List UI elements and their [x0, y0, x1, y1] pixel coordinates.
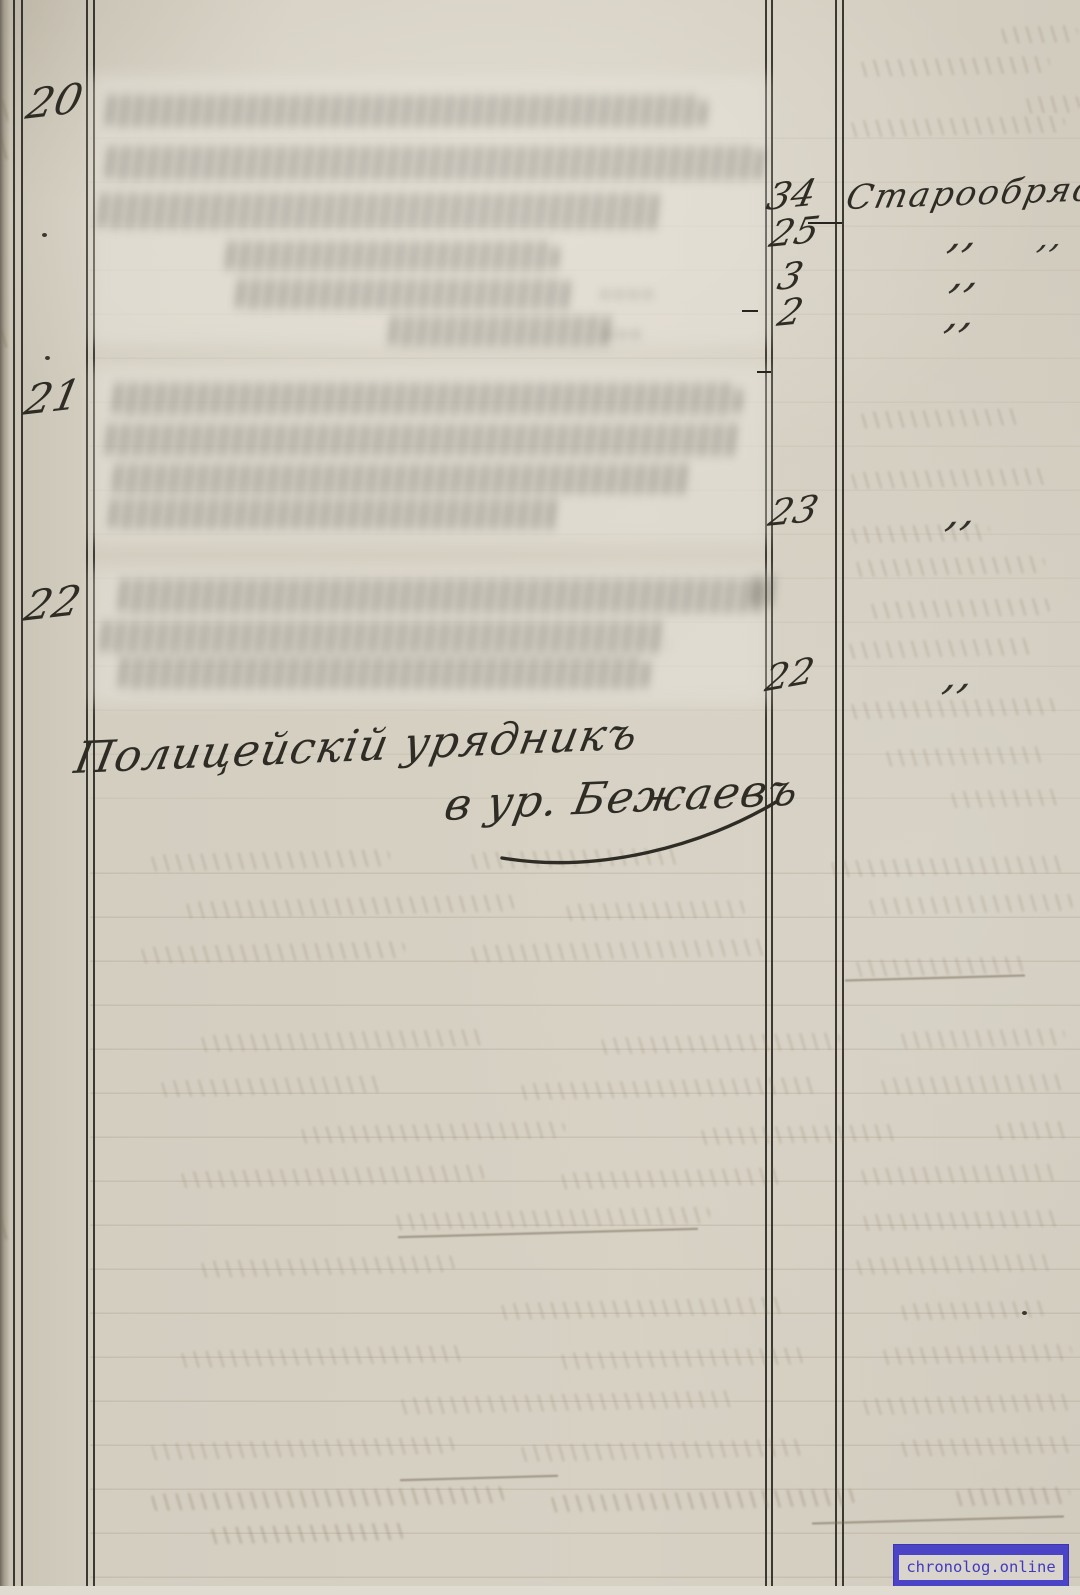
blurred-handwriting-line: [105, 146, 763, 180]
column-rule: [835, 0, 837, 1586]
blurred-handwriting-line: [225, 241, 557, 271]
watermark-badge: chronolog.online: [893, 1544, 1069, 1591]
blurred-handwriting-line: [98, 193, 660, 229]
ink-tick: [742, 310, 758, 312]
watermark-text: chronolog.online: [899, 1555, 1062, 1580]
bleedthrough-writing: [1000, 25, 1078, 44]
ledger-scan-page: 20 21 22 34 25 3 2 23 22 Старообряде ,, …: [0, 0, 1080, 1595]
page-edge-smudge: [0, 100, 9, 160]
blurred-handwriting-line: [388, 316, 613, 346]
blurred-handwriting-line: [118, 579, 763, 613]
ink-dot: [45, 356, 50, 360]
bleedthrough-writing: [860, 408, 1020, 429]
blurred-handwriting-line: [112, 464, 694, 494]
bleedthrough-writing: [995, 1121, 1070, 1140]
entry-number-20: 20: [22, 73, 87, 128]
ink-tick: [757, 371, 771, 373]
column-rule: [842, 0, 844, 1586]
blurred-handwriting-line: [108, 499, 560, 529]
entry-number-21: 21: [20, 369, 85, 424]
page-left-edge-shadow: [0, 0, 10, 1595]
blurred-handwriting-line: [105, 424, 743, 456]
bleedthrough-writing: [885, 746, 1045, 767]
blurred-handwriting-line: [750, 576, 778, 606]
bleedthrough-writing: [955, 1487, 1070, 1507]
ink-tick: [808, 222, 842, 224]
bleedthrough-writing: [950, 789, 1060, 808]
blurred-handwriting-line: [100, 621, 668, 653]
ink-dot: [1022, 1311, 1027, 1315]
blurred-handwriting-line: [235, 279, 570, 309]
blurred-handwriting-line: [600, 332, 642, 337]
blurred-handwriting-line: [112, 383, 740, 415]
blurred-handwriting-line: [118, 657, 648, 689]
page-bottom-edge: [0, 1586, 1080, 1595]
signature-flourish: [478, 788, 788, 873]
column-rule: [13, 0, 15, 1586]
blurred-handwriting-line: [598, 292, 656, 297]
ink-dot: [42, 233, 47, 237]
bleedthrough-writing: [860, 56, 1050, 77]
entry-number-22: 22: [20, 575, 85, 630]
column-rule: [86, 0, 88, 1586]
blurred-handwriting-line: [105, 95, 705, 127]
page-edge-smudge: [0, 330, 8, 348]
page-edge-smudge: [0, 1200, 8, 1240]
bleedthrough-writing: [1025, 95, 1080, 113]
column-rule: [21, 0, 23, 1586]
